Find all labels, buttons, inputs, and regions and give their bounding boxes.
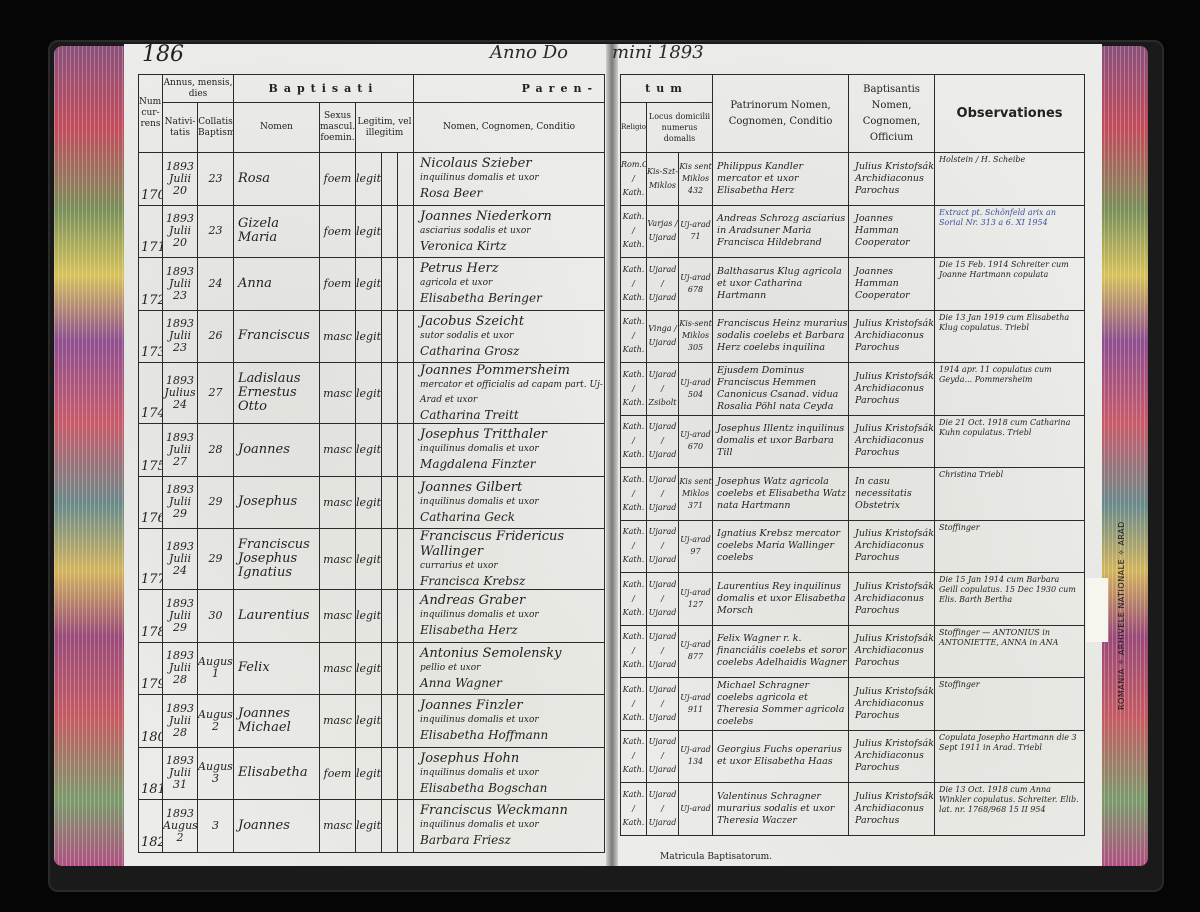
birth-date: 1893Julii28: [163, 642, 198, 695]
register-row: Kath. / Kath.Vinga / UjaradKis-sent Mikl…: [621, 310, 1085, 363]
page-edges-left: [54, 46, 124, 866]
house-number: Uj-arad 911: [679, 678, 713, 731]
birth-date: 1893Julii23: [163, 310, 198, 363]
col-legitim: Legitim, vel illegitim: [356, 103, 414, 153]
entry-number: 174: [139, 363, 163, 424]
godparents: Philippus Kandler mercator et uxor Elisa…: [713, 153, 849, 206]
legitimacy: legit: [356, 529, 382, 590]
father-occupation: inquilinus domalis et uxor: [420, 495, 604, 510]
paper-slip: [1086, 578, 1108, 642]
locus-natalis: Ujarad / Ujarad: [647, 678, 679, 731]
father-name: Joannes Niederkorn: [420, 209, 604, 224]
father-name: Franciscus Fridericus Wallinger: [420, 529, 604, 559]
religion: Kath. / Kath.: [621, 363, 647, 416]
birth-date: 1893Julii23: [163, 258, 198, 311]
mother-name: Barbara Friesz: [420, 833, 604, 848]
birth-date: 1893Julii28: [163, 695, 198, 748]
register-row: Kath. / Kath.Ujarad / UjaradKis sent Mik…: [621, 468, 1085, 521]
legitimacy: legit: [356, 258, 382, 311]
father-occupation: inquilinus domalis et uxor: [420, 713, 604, 728]
register-row: 1811893Julii31Augusti3Elisabethafoemlegi…: [139, 747, 605, 800]
baptizer: Julius Kristofsák Archidiaconus Parochus: [849, 153, 935, 206]
house-number: Kis sent Miklos 432: [679, 153, 713, 206]
father-name: Josephus Hohn: [420, 751, 604, 766]
page-number: 186: [142, 42, 184, 67]
col-parents-name: Nomen, Cognomen, Conditio: [414, 103, 605, 153]
legitimacy: legit: [356, 476, 382, 529]
col-parentum-right: tum: [621, 75, 713, 103]
header-year: mini 1893: [612, 42, 704, 63]
observation-note: Extract pt. Schönfeld arix an Sorial Nr.…: [935, 205, 1085, 258]
house-number: Kis-sent Miklos 305: [679, 310, 713, 363]
father-name: Petrus Herz: [420, 261, 604, 276]
house-number: Uj-arad 678: [679, 258, 713, 311]
child-name: Joannes: [234, 800, 320, 853]
house-number: Uj-arad 97: [679, 520, 713, 573]
child-name: Josephus: [234, 476, 320, 529]
religion: Kath. / Kath.: [621, 258, 647, 311]
baptizer: Joannes Hamman Cooperator: [849, 258, 935, 311]
observation-note: Copulata Josepho Hartmann die 3 Sept 191…: [935, 730, 1085, 783]
child-sex: foem: [320, 258, 356, 311]
baptizer: Julius Kristofsák Archidiaconus Parochus: [849, 625, 935, 678]
legitimacy: legit: [356, 800, 382, 853]
register-row: Kath. / Kath.Ujarad / UjaradUj-aradValen…: [621, 783, 1085, 836]
right-register-table: tum Patrinorum Nomen, Cognomen, Conditio…: [620, 74, 1085, 836]
entry-number: 173: [139, 310, 163, 363]
father-name: Josephus Tritthaler: [420, 427, 604, 442]
mother-name: Catharina Treitt: [420, 408, 604, 423]
father-name: Franciscus Weckmann: [420, 803, 604, 818]
baptism-date: 27: [198, 363, 234, 424]
baptism-date: 23: [198, 205, 234, 258]
legitimacy: legit: [356, 310, 382, 363]
child-name: Anna: [234, 258, 320, 311]
father-occupation: inquilinus domalis et uxor: [420, 608, 604, 623]
parents-cell: Jacobus Szeichtsutor sodalis et uxorCath…: [414, 310, 605, 363]
baptizer: Joannes Hamman Cooperator: [849, 205, 935, 258]
footer-print: Matricula Baptisatorum.: [660, 852, 772, 862]
father-name: Joannes Gilbert: [420, 480, 604, 495]
father-name: Andreas Graber: [420, 593, 604, 608]
col-num-currens: Num. cur- rens: [139, 75, 163, 153]
col-patrinorum: Patrinorum Nomen, Cognomen, Conditio: [713, 75, 849, 153]
child-sex: masc: [320, 800, 356, 853]
house-number: Uj-arad 127: [679, 573, 713, 626]
child-sex: foem: [320, 153, 356, 206]
entry-number: 180: [139, 695, 163, 748]
mother-name: Catharina Geck: [420, 510, 604, 525]
locus-natalis: Varjas / Ujarad: [647, 205, 679, 258]
observation-note: Stoffinger: [935, 520, 1085, 573]
baptism-date: 28: [198, 424, 234, 477]
observation-note: Christina Triebl: [935, 468, 1085, 521]
godparents: Ignatius Krebsz mercator coelebs Maria W…: [713, 520, 849, 573]
birth-date: 1893Julii31: [163, 747, 198, 800]
house-number: Uj-arad 877: [679, 625, 713, 678]
child-name: Elisabetha: [234, 747, 320, 800]
parents-cell: Nicolaus Szieberinquilinus domalis et ux…: [414, 153, 605, 206]
observation-note: Die 15 Feb. 1914 Schreiter cum Joanne Ha…: [935, 258, 1085, 311]
col-sexus: Sexus mascul. foemin.: [320, 103, 356, 153]
baptism-date: Augusti2: [198, 695, 234, 748]
father-occupation: currarius et uxor: [420, 559, 604, 574]
father-occupation: inquilinus domalis et uxor: [420, 171, 604, 186]
religion: Kath. / Kath.: [621, 468, 647, 521]
baptism-date: Augusti3: [198, 747, 234, 800]
father-name: Antonius Semolensky: [420, 646, 604, 661]
birth-date: 1893Augusti2: [163, 800, 198, 853]
house-number: Uj-arad 134: [679, 730, 713, 783]
entry-number: 176: [139, 476, 163, 529]
child-sex: masc: [320, 529, 356, 590]
observation-note: Stoffinger: [935, 678, 1085, 731]
register-row: Kath. / Kath.Ujarad / UjaradUj-arad 134G…: [621, 730, 1085, 783]
child-sex: foem: [320, 747, 356, 800]
register-row: Kath. / Kath.Ujarad / UjaradUj-arad 97Ig…: [621, 520, 1085, 573]
baptizer: In casu necessitatis Obstetrix: [849, 468, 935, 521]
child-sex: masc: [320, 695, 356, 748]
register-row: Kath. / Kath.Varjas / UjaradUj-arad 71An…: [621, 205, 1085, 258]
birth-date: 1893Julii29: [163, 476, 198, 529]
baptism-date: Augusti1: [198, 642, 234, 695]
baptism-date: 30: [198, 590, 234, 643]
entry-number: 177: [139, 529, 163, 590]
archive-stamp: ROMANIA ✧ ARHIVELE NATIONALE ✧ ARAD: [1117, 521, 1126, 710]
legitimacy: legit: [356, 424, 382, 477]
religion: Kath. / Kath.: [621, 205, 647, 258]
birth-date: 1893Julii20: [163, 153, 198, 206]
religion: Kath. / Kath.: [621, 678, 647, 731]
register-row: 1741893Julius2427Ladislaus Ernestus Otto…: [139, 363, 605, 424]
godparents: Georgius Fuchs operarius et uxor Elisabe…: [713, 730, 849, 783]
col-locus: Locus domicilii numerus domalis: [647, 103, 713, 153]
legitimacy: legit: [356, 153, 382, 206]
godparents: Laurentius Rey inquilinus domalis et uxo…: [713, 573, 849, 626]
parents-cell: Antonius Semolenskypellio et uxorAnna Wa…: [414, 642, 605, 695]
mother-name: Magdalena Finzter: [420, 457, 604, 472]
religion: Kath. / Kath.: [621, 730, 647, 783]
entry-number: 181: [139, 747, 163, 800]
register-row: 1781893Julii2930LaurentiusmasclegitAndre…: [139, 590, 605, 643]
parents-cell: Joannes Gilbertinquilinus domalis et uxo…: [414, 476, 605, 529]
baptizer: Julius Kristofsák Archidiaconus Parochus: [849, 520, 935, 573]
legitimacy: legit: [356, 747, 382, 800]
house-number: Kis sent Miklos 371: [679, 468, 713, 521]
book-gutter: [606, 44, 618, 866]
father-occupation: agricola et uxor: [420, 276, 604, 291]
register-row: 1701893Julii2023RosafoemlegitNicolaus Sz…: [139, 153, 605, 206]
child-sex: masc: [320, 476, 356, 529]
father-occupation: inquilinus domalis et uxor: [420, 818, 604, 833]
father-occupation: mercator et officialis ad capam part. Uj…: [420, 378, 604, 408]
locus-natalis: Vinga / Ujarad: [647, 310, 679, 363]
birth-date: 1893Julii24: [163, 529, 198, 590]
religion: Kath. / Kath.: [621, 520, 647, 573]
parents-cell: Josephus Hohninquilinus domalis et uxorE…: [414, 747, 605, 800]
religion: Kath. / Kath.: [621, 573, 647, 626]
col-collatis: Collatis Baptismi: [198, 103, 234, 153]
locus-natalis: Ujarad / Ujarad: [647, 783, 679, 836]
locus-natalis: Ujarad / Zsibolt: [647, 363, 679, 416]
parents-cell: Petrus Herzagricola et uxorElisabetha Be…: [414, 258, 605, 311]
baptizer: Julius Kristofsák Archidiaconus Parochus: [849, 783, 935, 836]
child-sex: masc: [320, 590, 356, 643]
register-row: 1721893Julii2324AnnafoemlegitPetrus Herz…: [139, 258, 605, 311]
register-row: Kath. / Kath.Ujarad / UjaradUj-arad 670J…: [621, 415, 1085, 468]
register-row: Kath. / Kath.Ujarad / UjaradUj-arad 911M…: [621, 678, 1085, 731]
father-name: Nicolaus Szieber: [420, 156, 604, 171]
register-row: 1791893Julii28Augusti1FelixmasclegitAnto…: [139, 642, 605, 695]
birth-date: 1893Julii20: [163, 205, 198, 258]
page-edges-right: [1100, 46, 1148, 866]
col-nativitatis: Nativi- tatis: [163, 103, 198, 153]
house-number: Uj-arad 670: [679, 415, 713, 468]
father-occupation: inquilinus domalis et uxor: [420, 766, 604, 781]
register-row: 1821893Augusti23JoannesmasclegitFrancisc…: [139, 800, 605, 853]
left-register-table: Num. cur- rens Annus, mensis, dies Bapti…: [138, 74, 605, 853]
godparents: Felix Wagner r. k. financiális coelebs e…: [713, 625, 849, 678]
child-sex: masc: [320, 424, 356, 477]
religion: Kath. / Kath.: [621, 625, 647, 678]
col-baptisantis: Baptisantis Nomen, Cognomen, Officium: [849, 75, 935, 153]
entry-number: 175: [139, 424, 163, 477]
mother-name: Veronica Kirtz: [420, 239, 604, 254]
parents-cell: Joannes Finzlerinquilinus domalis et uxo…: [414, 695, 605, 748]
child-name: Felix: [234, 642, 320, 695]
godparents: Valentinus Schragner murarius sodalis et…: [713, 783, 849, 836]
observation-note: Holstein / H. Scheibe: [935, 153, 1085, 206]
child-name: Rosa: [234, 153, 320, 206]
parents-cell: Franciscus Fridericus Wallingercurrarius…: [414, 529, 605, 590]
locus-natalis: Ujarad / Ujarad: [647, 625, 679, 678]
locus-natalis: Ujarad / Ujarad: [647, 468, 679, 521]
mother-name: Francisca Krebsz: [420, 574, 604, 589]
mother-name: Rosa Beer: [420, 186, 604, 201]
locus-natalis: Ujarad / Ujarad: [647, 520, 679, 573]
legitimacy: legit: [356, 695, 382, 748]
col-observationes: Observationes: [935, 75, 1085, 153]
locus-natalis: Ujarad / Ujarad: [647, 730, 679, 783]
child-name: Joannes: [234, 424, 320, 477]
baptizer: Julius Kristofsák Archidiaconus Parochus: [849, 730, 935, 783]
mother-name: Elisabetha Hoffmann: [420, 728, 604, 743]
header-anno: Anno Do: [490, 42, 568, 63]
observation-note: Stoffinger — ANTONIUS in ANTONIETTE, ANN…: [935, 625, 1085, 678]
entry-number: 178: [139, 590, 163, 643]
col-religio: Religio: [621, 103, 647, 153]
child-name: Gizela Maria: [234, 205, 320, 258]
father-occupation: asciarius sodalis et uxor: [420, 224, 604, 239]
birth-date: 1893Julii29: [163, 590, 198, 643]
child-sex: masc: [320, 642, 356, 695]
house-number: Uj-arad 504: [679, 363, 713, 416]
godparents: Michael Schragner coelebs agricola et Th…: [713, 678, 849, 731]
entry-number: 172: [139, 258, 163, 311]
col-baptisati: Baptisati: [234, 75, 414, 103]
godparents: Ejusdem Dominus Franciscus Hemmen Canoni…: [713, 363, 849, 416]
baptism-date: 29: [198, 529, 234, 590]
register-row: Kath. / Kath.Ujarad / ZsiboltUj-arad 504…: [621, 363, 1085, 416]
col-annus: Annus, mensis, dies: [163, 75, 234, 103]
locus-natalis: Ujarad / Ujarad: [647, 258, 679, 311]
observation-note: Die 13 Oct. 1918 cum Anna Winkler copula…: [935, 783, 1085, 836]
baptism-date: 26: [198, 310, 234, 363]
religion: Rom.Cath. / Kath.: [621, 153, 647, 206]
godparents: Josephus Illentz inquilinus domalis et u…: [713, 415, 849, 468]
religion: Kath. / Kath.: [621, 415, 647, 468]
parents-cell: Joannes Pommersheimmercator et officiali…: [414, 363, 605, 424]
father-name: Jacobus Szeicht: [420, 314, 604, 329]
entry-number: 182: [139, 800, 163, 853]
parents-cell: Joannes Niederkornasciarius sodalis et u…: [414, 205, 605, 258]
legitimacy: legit: [356, 205, 382, 258]
child-sex: foem: [320, 205, 356, 258]
child-name: Franciscus Josephus Ignatius: [234, 529, 320, 590]
col-nomen: Nomen: [234, 103, 320, 153]
observation-note: Die 15 Jan 1914 cum Barbara Geill copula…: [935, 573, 1085, 626]
register-row: 1751893Julii2728JoannesmasclegitJosephus…: [139, 424, 605, 477]
godparents: Andreas Schrozg asciarius in Aradsuner M…: [713, 205, 849, 258]
baptizer: Julius Kristofsák Archidiaconus Parochus: [849, 573, 935, 626]
observation-note: 1914 apr. 11 copulatus cum Geyda... Pomm…: [935, 363, 1085, 416]
register-row: Kath. / Kath.Ujarad / UjaradUj-arad 127L…: [621, 573, 1085, 626]
baptism-date: 29: [198, 476, 234, 529]
legitimacy: legit: [356, 590, 382, 643]
birth-date: 1893Julii27: [163, 424, 198, 477]
godparents: Franciscus Heinz murarius sodalis coeleb…: [713, 310, 849, 363]
mother-name: Catharina Grosz: [420, 344, 604, 359]
register-row: Kath. / Kath.Ujarad / UjaradUj-arad 877F…: [621, 625, 1085, 678]
parents-cell: Andreas Graberinquilinus domalis et uxor…: [414, 590, 605, 643]
baptizer: Julius Kristofsák Archidiaconus Parochus: [849, 310, 935, 363]
entry-number: 171: [139, 205, 163, 258]
mother-name: Elisabetha Beringer: [420, 291, 604, 306]
father-occupation: pellio et uxor: [420, 661, 604, 676]
child-name: Franciscus: [234, 310, 320, 363]
observation-note: Die 21 Oct. 1918 cum Catharina Kuhn copu…: [935, 415, 1085, 468]
father-occupation: sutor sodalis et uxor: [420, 329, 604, 344]
baptizer: Julius Kristofsák Archidiaconus Parochus: [849, 678, 935, 731]
register-row: 1761893Julii2929JosephusmasclegitJoannes…: [139, 476, 605, 529]
mother-name: Elisabetha Bogschan: [420, 781, 604, 796]
baptism-date: 24: [198, 258, 234, 311]
child-name: Joannes Michael: [234, 695, 320, 748]
birth-date: 1893Julius24: [163, 363, 198, 424]
religion: Kath. / Kath.: [621, 310, 647, 363]
father-name: Joannes Pommersheim: [420, 363, 604, 378]
col-parentum-left: Paren-: [414, 75, 605, 103]
observation-note: Die 13 Jan 1919 cum Elisabetha Klug copu…: [935, 310, 1085, 363]
legitimacy: legit: [356, 363, 382, 424]
religion: Kath. / Kath.: [621, 783, 647, 836]
parents-cell: Franciscus Weckmanninquilinus domalis et…: [414, 800, 605, 853]
baptism-date: 3: [198, 800, 234, 853]
register-row: Kath. / Kath.Ujarad / UjaradUj-arad 678B…: [621, 258, 1085, 311]
register-row: 1711893Julii2023Gizela MariafoemlegitJoa…: [139, 205, 605, 258]
baptizer: Julius Kristofsák Archidiaconus Parochus: [849, 363, 935, 416]
godparents: Balthasarus Klug agricola et uxor Cathar…: [713, 258, 849, 311]
house-number: Uj-arad: [679, 783, 713, 836]
locus-natalis: Kis-Szt-Miklos: [647, 153, 679, 206]
parents-cell: Josephus Tritthalerinquilinus domalis et…: [414, 424, 605, 477]
baptizer: Julius Kristofsák Archidiaconus Parochus: [849, 415, 935, 468]
house-number: Uj-arad 71: [679, 205, 713, 258]
child-sex: masc: [320, 363, 356, 424]
baptism-date: 23: [198, 153, 234, 206]
register-row: 1731893Julii2326FranciscusmasclegitJacob…: [139, 310, 605, 363]
entry-number: 179: [139, 642, 163, 695]
father-name: Joannes Finzler: [420, 698, 604, 713]
father-occupation: inquilinus domalis et uxor: [420, 442, 604, 457]
child-name: Laurentius: [234, 590, 320, 643]
child-name: Ladislaus Ernestus Otto: [234, 363, 320, 424]
locus-natalis: Ujarad / Ujarad: [647, 415, 679, 468]
child-sex: masc: [320, 310, 356, 363]
mother-name: Anna Wagner: [420, 676, 604, 691]
register-row: Rom.Cath. / Kath.Kis-Szt-MiklosKis sent …: [621, 153, 1085, 206]
register-row: 1801893Julii28Augusti2Joannes Michaelmas…: [139, 695, 605, 748]
locus-natalis: Ujarad / Ujarad: [647, 573, 679, 626]
register-row: 1771893Julii2429Franciscus Josephus Igna…: [139, 529, 605, 590]
godparents: Josephus Watz agricola coelebs et Elisab…: [713, 468, 849, 521]
legitimacy: legit: [356, 642, 382, 695]
entry-number: 170: [139, 153, 163, 206]
mother-name: Elisabetha Herz: [420, 623, 604, 638]
